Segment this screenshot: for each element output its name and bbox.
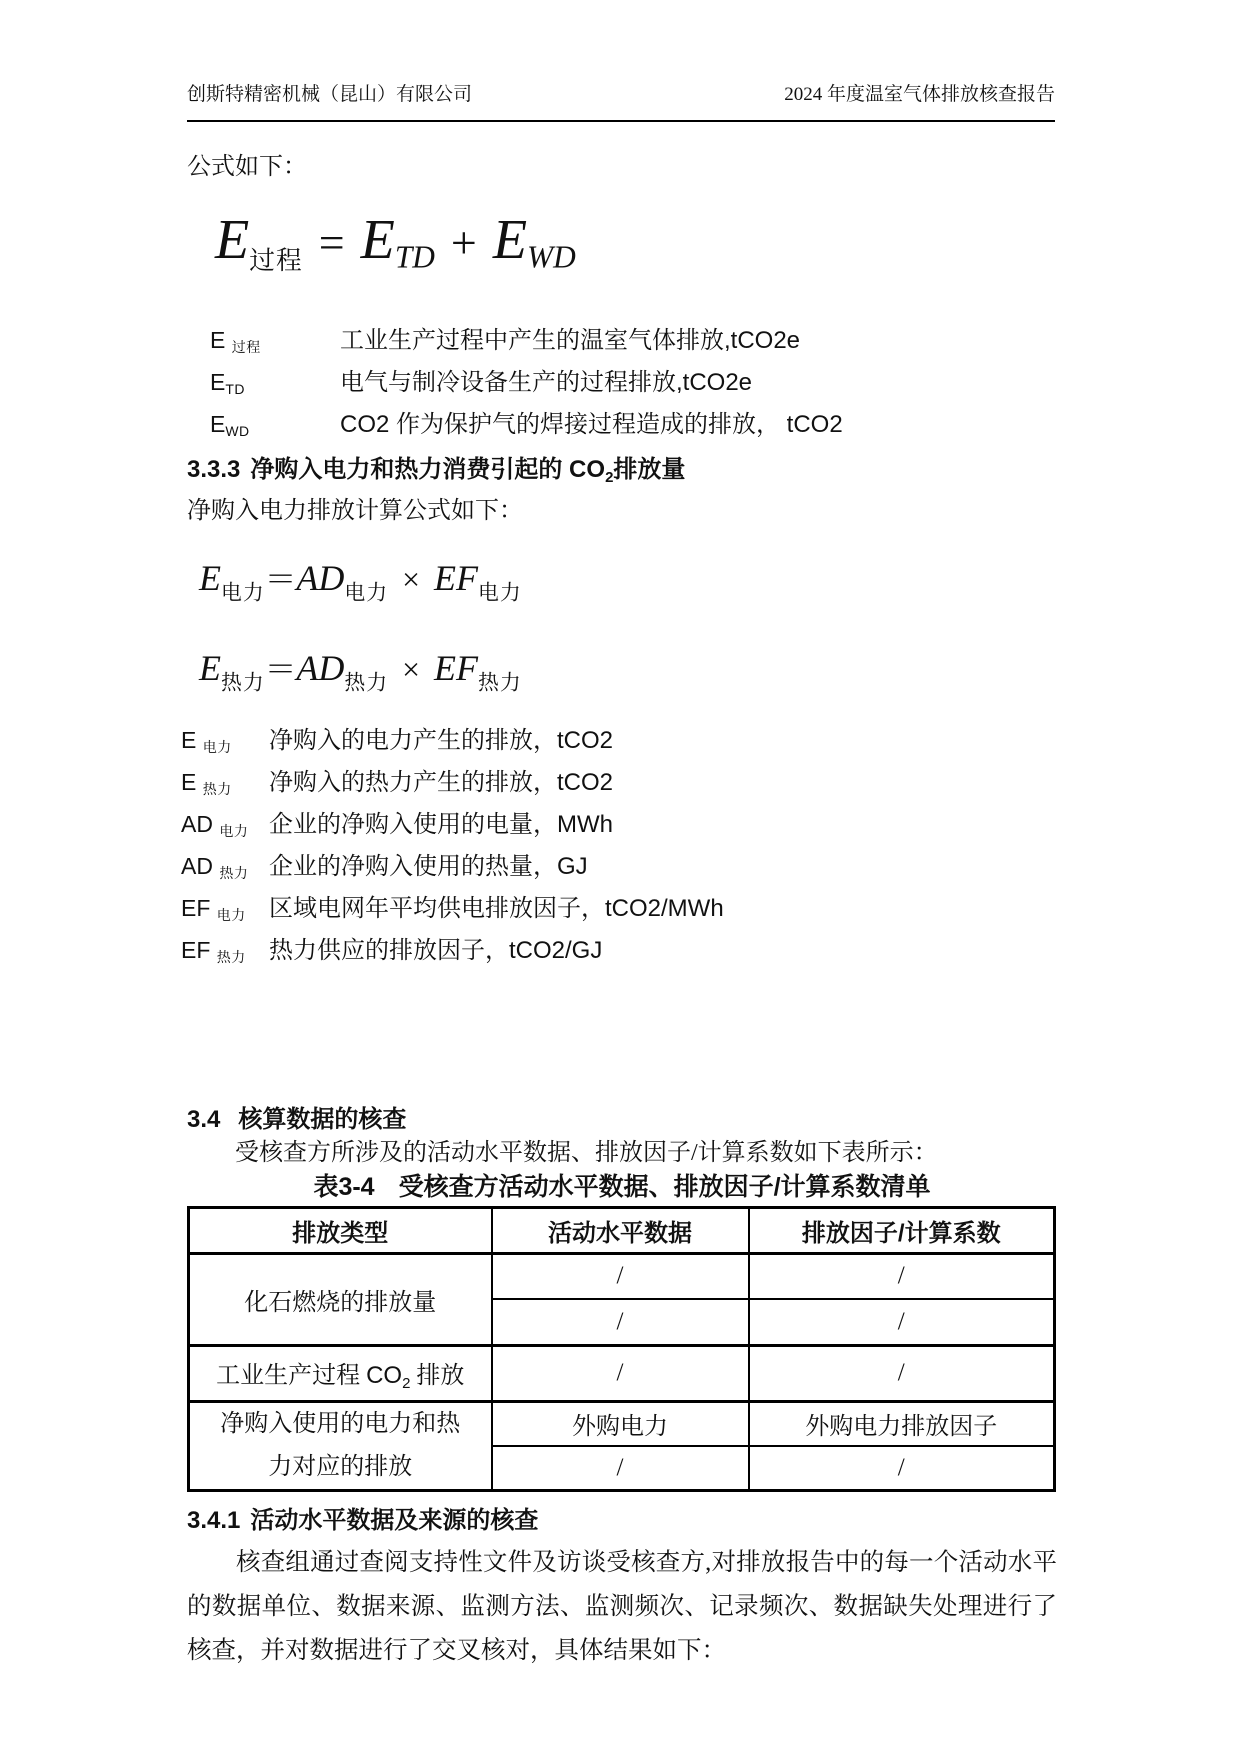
cell-slash: /: [749, 1253, 1055, 1299]
cell-electricity-ef: 外购电力排放因子: [749, 1401, 1055, 1446]
table-intro-line: 受核查方所涉及的活动水平数据、排放因子/计算系数如下表所示：: [187, 1136, 1057, 1170]
co2-text: CO: [366, 1362, 402, 1389]
cell-process-label: 工业生产过程 CO2 排放: [189, 1345, 492, 1401]
formula-electricity: E电力＝AD电力×EF电力: [199, 552, 1057, 618]
cell-purchased-label: 净购入使用的电力和热力对应的排放: [189, 1401, 492, 1490]
plus-sign: +: [451, 217, 477, 268]
purchased-label-line1: 净购入使用的电力和热: [220, 1411, 460, 1437]
definition-description: 区域电网年平均供电排放因子，tCO2/MWh: [269, 891, 724, 926]
process-label-text: 排放: [410, 1363, 464, 1389]
section-title-post: 排放量: [613, 456, 685, 483]
formula-var-e: E: [199, 558, 221, 598]
cell-slash: /: [749, 1299, 1055, 1345]
formula-sub-process: 过程: [249, 246, 303, 275]
definition-description: 企业的净购入使用的电量，MWh: [269, 807, 613, 842]
term-symbol: E: [210, 411, 225, 437]
term-symbol: EF: [181, 937, 210, 963]
definition-term: E 热力: [181, 765, 269, 807]
section-title-pre: 净购入电力和热力消费引起的 CO: [250, 456, 605, 483]
formula-sub-td: TD: [395, 239, 435, 274]
definition-row: EF 电力 区域电网年平均供电排放因子，tCO2/MWh: [181, 891, 1057, 933]
section-number: 3.4: [187, 1106, 220, 1133]
term-subscript: 电力: [217, 907, 246, 923]
header-report-title: 2024 年度温室气体排放核查报告: [784, 82, 1055, 108]
definition-description: 净购入的热力产生的排放，tCO2: [269, 765, 613, 800]
definition-row: E 过程 工业生产过程中产生的温室气体排放,tCO2e: [210, 323, 1057, 365]
electricity-formula-intro: 净购入电力排放计算公式如下：: [187, 494, 1057, 528]
equals-sign: =: [319, 217, 345, 268]
term-subscript: WD: [225, 423, 249, 439]
definition-description: 企业的净购入使用的热量，GJ: [269, 849, 588, 884]
definition-row: EWD CO2 作为保护气的焊接过程造成的排放， tCO2: [210, 407, 1057, 449]
definition-row: E 电力 净购入的电力产生的排放，tCO2: [181, 723, 1057, 765]
formula-var-e: E: [199, 648, 221, 688]
formula-var-ad: AD: [296, 648, 344, 688]
term-subscript: 电力: [203, 739, 232, 755]
formula-sub-heat: 热力: [221, 671, 265, 695]
formula-sub-heat: 热力: [344, 671, 388, 695]
formula-sub-heat: 热力: [478, 671, 522, 695]
definition-row: EF 热力 热力供应的排放因子，tCO2/GJ: [181, 933, 1057, 975]
table-caption-title: 受核查方活动水平数据、排放因子/计算系数清单: [399, 1173, 931, 1201]
definition-term: EWD: [210, 407, 340, 449]
formula-var-ewd: E: [493, 209, 527, 271]
table-caption-label: 表3-4: [313, 1173, 374, 1201]
section-title: 核算数据的核查: [238, 1106, 406, 1133]
definition-description: CO2 作为保护气的焊接过程造成的排放， tCO2: [340, 407, 843, 442]
definition-description: 热力供应的排放因子，tCO2/GJ: [269, 933, 602, 968]
cell-slash: /: [492, 1253, 749, 1299]
column-header-activity-data: 活动水平数据: [492, 1207, 749, 1253]
definition-term: EF 电力: [181, 891, 269, 933]
page-header: 创斯特精密机械（昆山）有限公司 2024 年度温室气体排放核查报告: [187, 0, 1055, 122]
formula-var-ef: EF: [434, 648, 478, 688]
term-symbol: EF: [181, 895, 210, 921]
definition-description: 工业生产过程中产生的温室气体排放,tCO2e: [340, 323, 800, 358]
formula-var-etd: E: [361, 209, 395, 271]
definition-description: 电气与制冷设备生产的过程排放,tCO2e: [340, 365, 752, 400]
equals-sign: ＝: [265, 652, 297, 687]
document-page: 创斯特精密机械（昆山）有限公司 2024 年度温室气体排放核查报告 公式如下： …: [0, 0, 1240, 1753]
formula-sub-electricity: 电力: [221, 580, 265, 604]
term-symbol: E: [210, 327, 225, 353]
header-company-name: 创斯特精密机械（昆山）有限公司: [187, 82, 472, 108]
page-body: 公式如下： E过程=ETD+EWD E 过程 工业生产过程中产生的温室气体排放,…: [187, 150, 1057, 1673]
process-label-text: 工业生产过程: [216, 1363, 366, 1389]
definition-term: ETD: [210, 365, 340, 407]
equals-sign: ＝: [265, 562, 297, 597]
formula-process-emissions: E过程=ETD+EWD: [215, 200, 1057, 301]
formula-var-ef: EF: [434, 558, 478, 598]
multiply-sign: ×: [402, 562, 420, 597]
definition-term: AD 热力: [181, 849, 269, 891]
formula-heat: E热力＝AD热力×EF热力: [199, 642, 1057, 708]
definition-term: AD 电力: [181, 807, 269, 849]
cell-slash: /: [749, 1345, 1055, 1401]
term-subscript: 电力: [219, 823, 248, 839]
purchased-label-line2: 力对应的排放: [268, 1454, 412, 1480]
term-symbol: AD: [181, 811, 213, 837]
table-row-fossil-1: 化石燃烧的排放量 / /: [189, 1253, 1055, 1299]
term-subscript: 热力: [203, 781, 232, 797]
table-header-row: 排放类型 活动水平数据 排放因子/计算系数: [189, 1207, 1055, 1253]
term-symbol: E: [210, 369, 225, 395]
formula-sub-electricity: 电力: [478, 580, 522, 604]
section-title: 活动水平数据及来源的核查: [250, 1507, 538, 1534]
term-symbol: E: [181, 727, 196, 753]
definition-row: ETD 电气与制冷设备生产的过程排放,tCO2e: [210, 365, 1057, 407]
table-3-4: 排放类型 活动水平数据 排放因子/计算系数 化石燃烧的排放量 / / / / 工…: [187, 1206, 1056, 1492]
process-definition-list: E 过程 工业生产过程中产生的温室气体排放,tCO2e ETD 电气与制冷设备生…: [210, 323, 1057, 449]
section-number: 3.3.3: [187, 456, 240, 483]
section-heading-3-4-1: 3.4.1活动水平数据及来源的核查: [187, 1504, 1057, 1537]
cell-slash: /: [749, 1446, 1055, 1491]
formula-sub-wd: WD: [527, 239, 576, 274]
cell-slash: /: [492, 1446, 749, 1491]
term-symbol: AD: [181, 853, 213, 879]
cell-purchased-electricity: 外购电力: [492, 1401, 749, 1446]
definition-term: E 电力: [181, 723, 269, 765]
column-header-emission-factor: 排放因子/计算系数: [749, 1207, 1055, 1253]
formula-sub-electricity: 电力: [344, 580, 388, 604]
section-number: 3.4.1: [187, 1507, 240, 1534]
term-subscript: 过程: [232, 339, 261, 355]
term-subscript: 热力: [217, 949, 246, 965]
formula-var-e: E: [215, 209, 249, 271]
section-heading-3-3-3: 3.3.3净购入电力和热力消费引起的 CO2排放量: [187, 453, 1057, 494]
definition-row: E 热力 净购入的热力产生的排放，tCO2: [181, 765, 1057, 807]
term-symbol: E: [181, 769, 196, 795]
definition-term: EF 热力: [181, 933, 269, 975]
energy-definition-list: E 电力 净购入的电力产生的排放，tCO2 E 热力 净购入的热力产生的排放，t…: [181, 723, 1057, 975]
definition-description: 净购入的电力产生的排放，tCO2: [269, 723, 613, 758]
table-row-purchased-1: 净购入使用的电力和热力对应的排放 外购电力 外购电力排放因子: [189, 1401, 1055, 1446]
definition-term: E 过程: [210, 323, 340, 365]
multiply-sign: ×: [402, 652, 420, 687]
formula-intro-line: 公式如下：: [187, 150, 1057, 184]
cell-fossil-label: 化石燃烧的排放量: [189, 1253, 492, 1345]
verification-paragraph: 核查组通过查阅支持性文件及访谈受核查方,对排放报告中的每一个活动水平的数据单位、…: [187, 1541, 1057, 1673]
section-heading-3-4: 3.4核算数据的核查: [187, 1103, 1057, 1136]
table-caption: 表3-4受核查方活动水平数据、排放因子/计算系数清单: [187, 1172, 1057, 1202]
formula-var-ad: AD: [296, 558, 344, 598]
term-subscript: TD: [225, 381, 245, 397]
table-row-process: 工业生产过程 CO2 排放 / /: [189, 1345, 1055, 1401]
cell-slash: /: [492, 1299, 749, 1345]
term-subscript: 热力: [219, 865, 248, 881]
column-header-emission-type: 排放类型: [189, 1207, 492, 1253]
definition-row: AD 电力 企业的净购入使用的电量，MWh: [181, 807, 1057, 849]
cell-slash: /: [492, 1345, 749, 1401]
definition-row: AD 热力 企业的净购入使用的热量，GJ: [181, 849, 1057, 891]
